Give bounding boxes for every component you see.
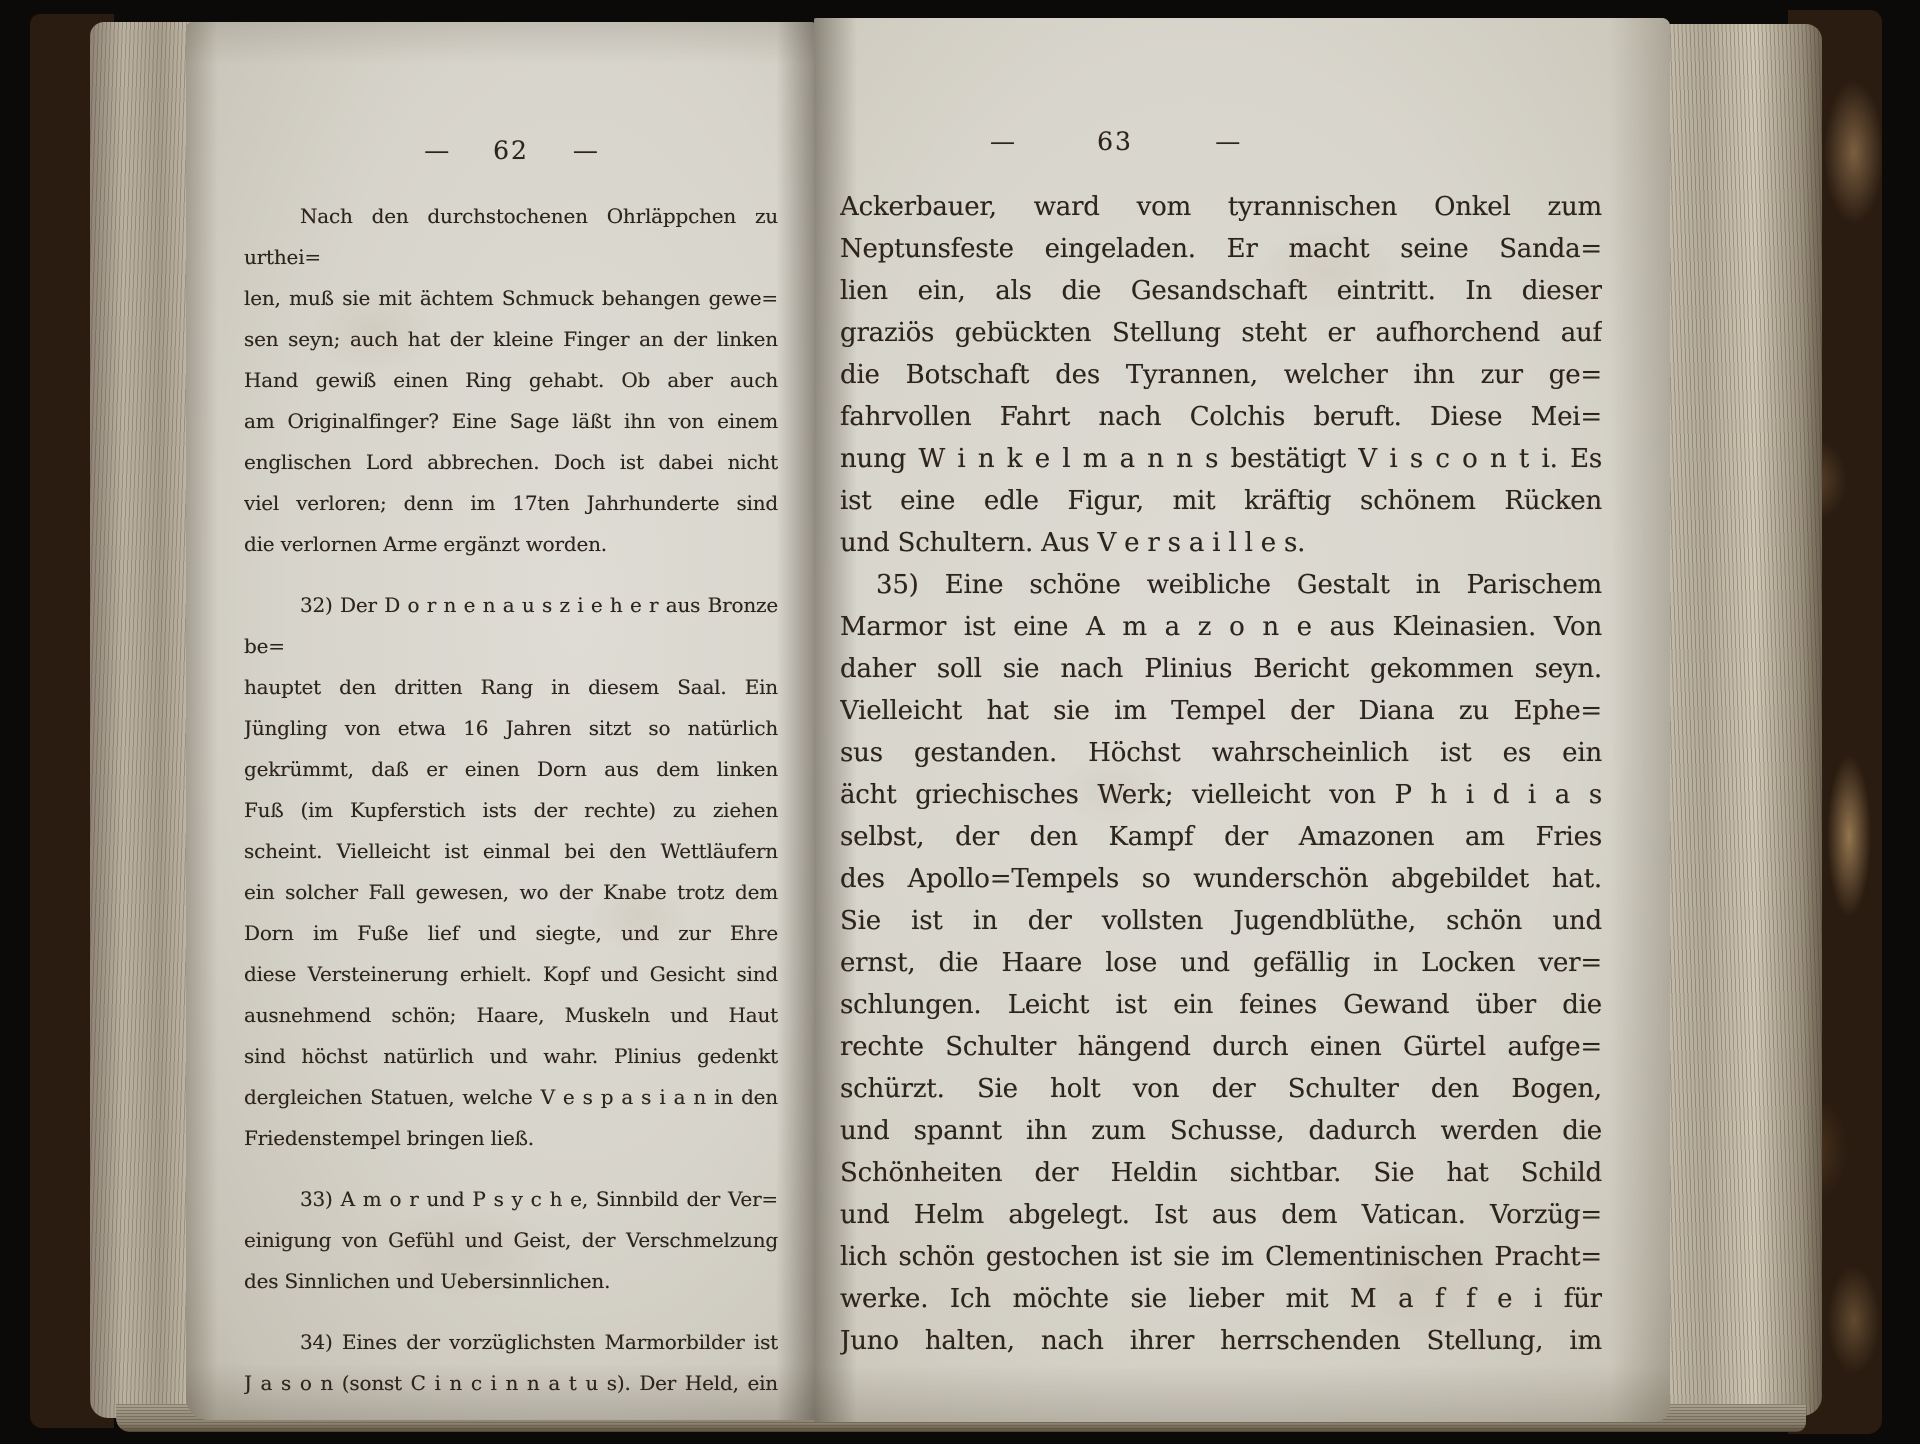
- text-line: Jüngling von etwa 16 Jahren sitzt so nat…: [244, 708, 778, 749]
- right-page-stack-edges: [1654, 24, 1822, 1416]
- text-line: werke. Ich möchte sie lieber mit M a f f…: [840, 1278, 1602, 1320]
- paragraph-34-continuation-jason: Ackerbauer, ward vom tyrannischen Onkel …: [840, 186, 1602, 564]
- page-62-header: — 62 —: [244, 130, 778, 170]
- text-line: Dorn im Fuße lief und siegte, und zur Eh…: [244, 913, 778, 954]
- text-line: diese Versteinerung erhielt. Kopf und Ge…: [244, 954, 778, 995]
- text-line: Ackerbauer, ward vom tyrannischen Onkel …: [840, 186, 1602, 228]
- text-line: Hand gewiß einen Ring gehabt. Ob aber au…: [244, 360, 778, 401]
- text-line: lich schön gestochen ist sie im Clementi…: [840, 1236, 1602, 1278]
- text-line: schürzt. Sie holt von der Schulter den B…: [840, 1068, 1602, 1110]
- text-line: des Apollo=Tempels so wunderschön abgebi…: [840, 858, 1602, 900]
- text-line: scheint. Vielleicht ist einmal bei den W…: [244, 831, 778, 872]
- text-line: und Schultern. Aus V e r s a i l l e s.: [840, 522, 1602, 564]
- text-line: ausnehmend schön; Haare, Muskeln und Hau…: [244, 995, 778, 1036]
- text-line: Juno halten, nach ihrer herrschenden Ste…: [840, 1320, 1602, 1362]
- text-line: 34) Eines der vorzüglichsten Marmorbilde…: [244, 1322, 778, 1363]
- text-line: ernst, die Haare lose und gefällig in Lo…: [840, 942, 1602, 984]
- text-line: sus gestanden. Höchst wahrscheinlich ist…: [840, 732, 1602, 774]
- text-line: rechte Schulter hängend durch einen Gürt…: [840, 1026, 1602, 1068]
- text-line: selbst, der den Kampf der Amazonen am Fr…: [840, 816, 1602, 858]
- text-line: len, muß sie mit ächtem Schmuck behangen…: [244, 278, 778, 319]
- text-line: 33) A m o r und P s y c h e, Sinnbild de…: [244, 1179, 778, 1220]
- header-dash-left: —: [424, 130, 449, 171]
- page-number-62: 62: [493, 130, 529, 171]
- text-line: ist eine edle Figur, mit kräftig schönem…: [840, 480, 1602, 522]
- text-line: hauptet den dritten Rang in diesem Saal.…: [244, 667, 778, 708]
- text-line: 32) Der D o r n e n a u s z i e h e r au…: [244, 585, 778, 667]
- header-dash-left: —: [990, 121, 1015, 163]
- text-line: fahrvollen Fahrt nach Colchis beruft. Di…: [840, 396, 1602, 438]
- text-line: ächt griechisches Werk; vielleicht von P…: [840, 774, 1602, 816]
- text-line: des Sinnlichen und Uebersinnlichen.: [244, 1261, 778, 1302]
- paragraph-32-dornenauszieher: 32) Der D o r n e n a u s z i e h e r au…: [244, 585, 778, 1159]
- text-line: die Botschaft des Tyrannen, welcher ihn …: [840, 354, 1602, 396]
- text-line: die verlornen Arme ergänzt worden.: [244, 524, 778, 565]
- text-line: viel verloren; denn im 17ten Jahrhundert…: [244, 483, 778, 524]
- text-line: gekrümmt, daß er einen Dorn aus dem link…: [244, 749, 778, 790]
- paragraph-continuation-31: Nach den durchstochenen Ohrläppchen zu u…: [244, 196, 778, 565]
- text-line: am Originalfinger? Eine Sage läßt ihn vo…: [244, 401, 778, 442]
- text-line: englischen Lord abbrechen. Doch ist dabe…: [244, 442, 778, 483]
- text-line: Vielleicht hat sie im Tempel der Diana z…: [840, 690, 1602, 732]
- text-line: graziös gebückten Stellung steht er aufh…: [840, 312, 1602, 354]
- text-line: J a s o n (sonst C i n c i n n a t u s).…: [244, 1363, 778, 1404]
- text-line: Nach den durchstochenen Ohrläppchen zu u…: [244, 196, 778, 278]
- text-line: Marmor ist eine A m a z o n e aus Kleina…: [840, 606, 1602, 648]
- header-dash-right: —: [1215, 121, 1240, 163]
- page-63: — 63 — Ackerbauer, ward vom tyrannischen…: [814, 18, 1670, 1422]
- text-line: dergleichen Statuen, welche V e s p a s …: [244, 1077, 778, 1118]
- text-line: sind höchst natürlich und wahr. Plinius …: [244, 1036, 778, 1077]
- text-line: Friedenstempel bringen ließ.: [244, 1118, 778, 1159]
- text-line: Sie ist in der vollsten Jugendblüthe, sc…: [840, 900, 1602, 942]
- page-number-63: 63: [1097, 121, 1133, 163]
- page-63-header: — 63 —: [990, 122, 1240, 162]
- text-line: ein solcher Fall gewesen, wo der Knabe t…: [244, 872, 778, 913]
- page-63-text: — 63 — Ackerbauer, ward vom tyrannischen…: [840, 122, 1602, 1362]
- text-line: Schönheiten der Heldin sichtbar. Sie hat…: [840, 1152, 1602, 1194]
- paragraph-34-jason: 34) Eines der vorzüglichsten Marmorbilde…: [244, 1322, 778, 1404]
- text-line: Fuß (im Kupferstich ists der rechte) zu …: [244, 790, 778, 831]
- text-line: Neptunsfeste eingeladen. Er macht seine …: [840, 228, 1602, 270]
- text-line: daher soll sie nach Plinius Bericht geko…: [840, 648, 1602, 690]
- open-book: — 62 — Nach den durchstochenen Ohrläppch…: [28, 6, 1884, 1438]
- text-line: lien ein, als die Gesandschaft eintritt.…: [840, 270, 1602, 312]
- page-62-text: — 62 — Nach den durchstochenen Ohrläppch…: [244, 130, 778, 1404]
- photo-background: — 62 — Nach den durchstochenen Ohrläppch…: [0, 0, 1920, 1444]
- paragraph-33-amor-und-psyche: 33) A m o r und P s y c h e, Sinnbild de…: [244, 1179, 778, 1302]
- text-line: 35) Eine schöne weibliche Gestalt in Par…: [840, 564, 1602, 606]
- text-line: schlungen. Leicht ist ein feines Gewand …: [840, 984, 1602, 1026]
- text-line: und spannt ihn zum Schusse, dadurch werd…: [840, 1110, 1602, 1152]
- text-line: und Helm abgelegt. Ist aus dem Vatican. …: [840, 1194, 1602, 1236]
- text-line: sen seyn; auch hat der kleine Finger an …: [244, 319, 778, 360]
- paragraph-35-amazone: 35) Eine schöne weibliche Gestalt in Par…: [840, 564, 1602, 1362]
- page-62: — 62 — Nach den durchstochenen Ohrläppch…: [186, 22, 814, 1420]
- text-line: einigung von Gefühl und Geist, der Versc…: [244, 1220, 778, 1261]
- header-dash-right: —: [573, 130, 598, 171]
- text-line: nung W i n k e l m a n n s bestätigt V i…: [840, 438, 1602, 480]
